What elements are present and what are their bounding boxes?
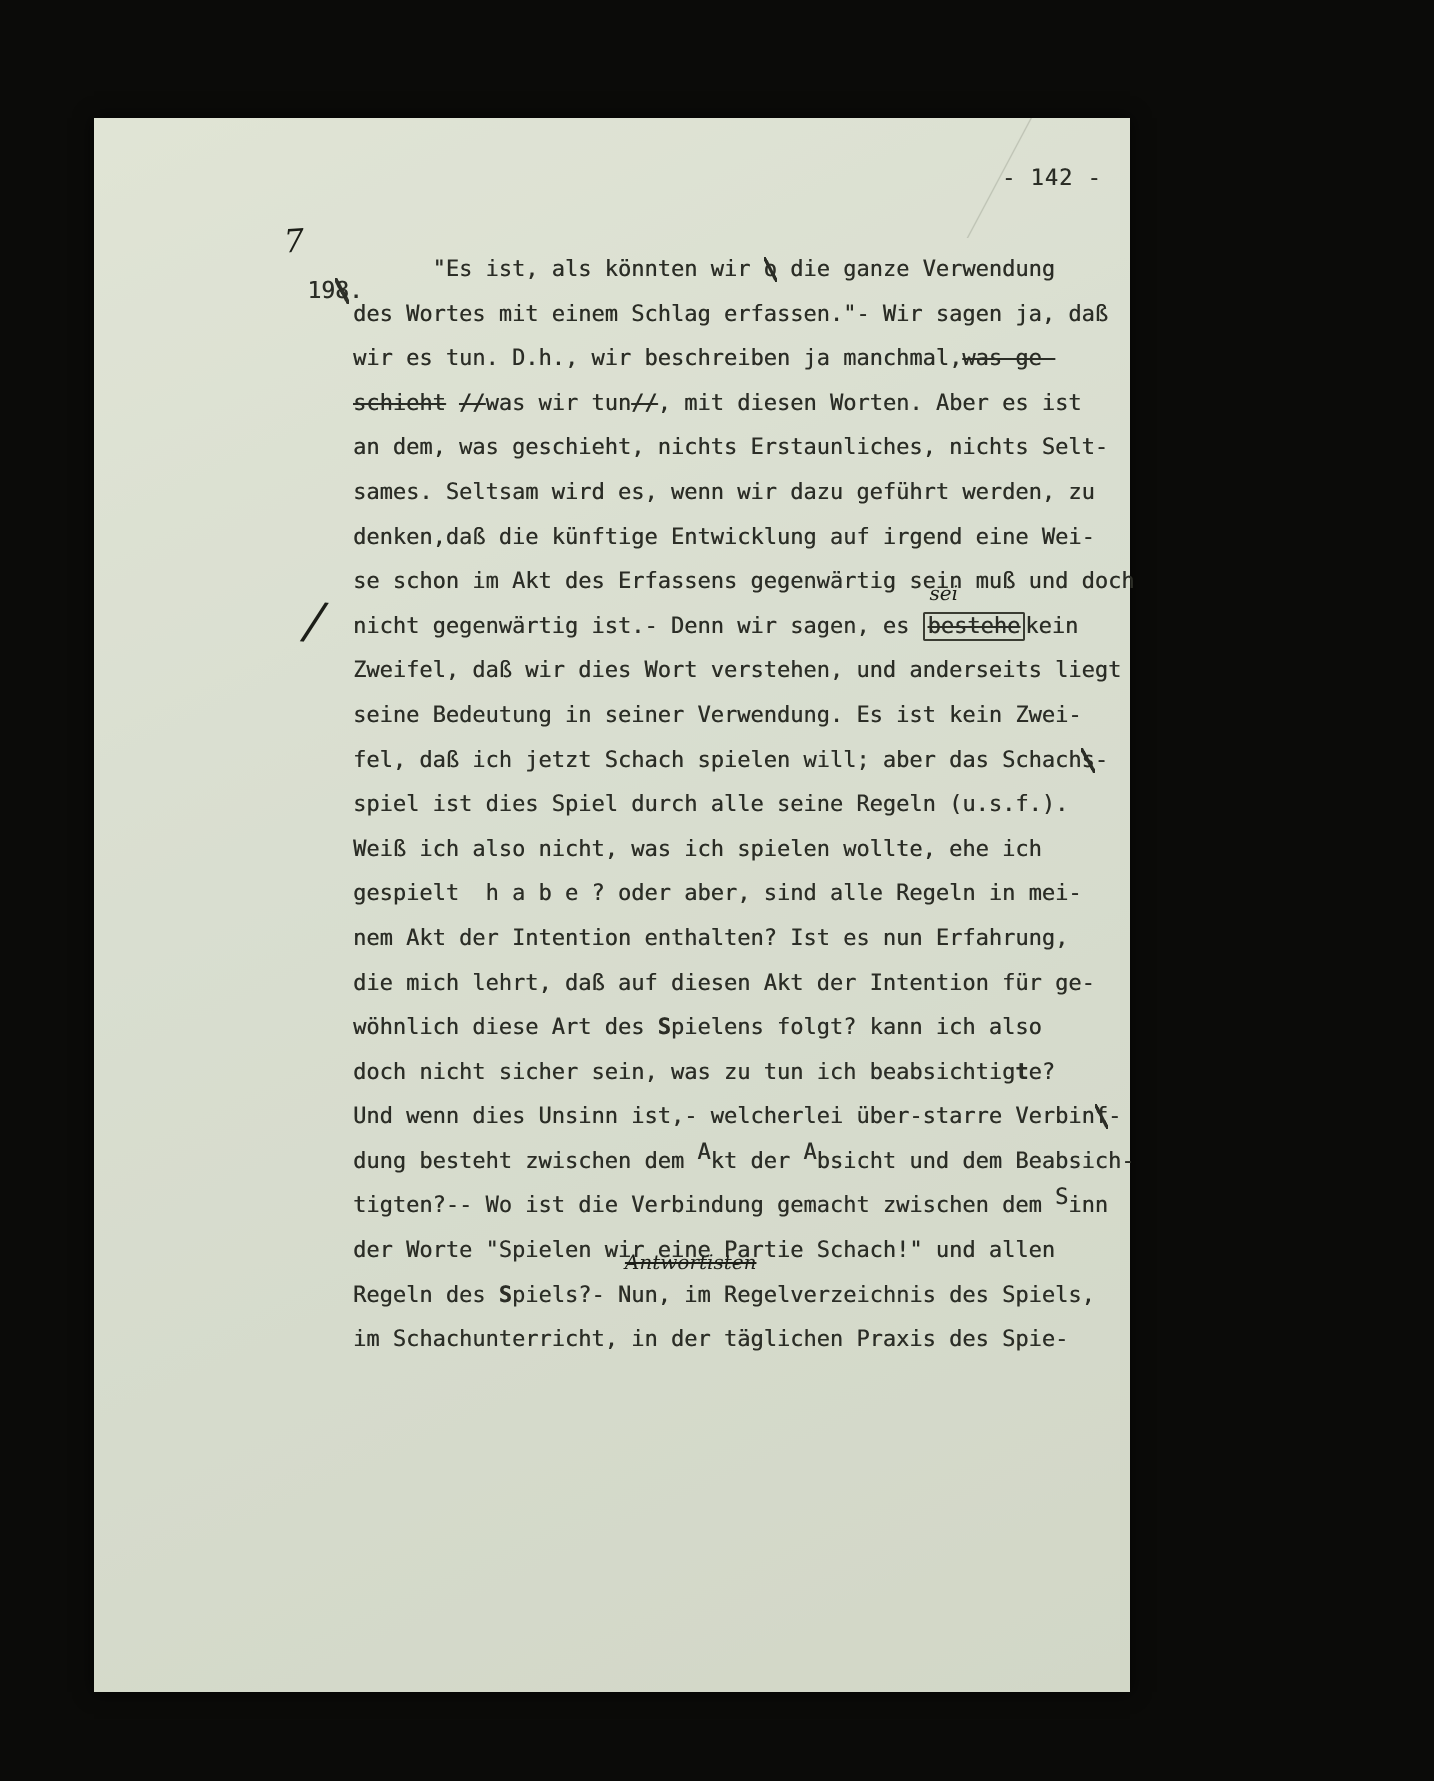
typed-text: was wir tun <box>485 391 631 416</box>
section-number: 7198. <box>252 252 363 330</box>
text-line: spiel ist dies Spiel durch alle seine Re… <box>353 783 1143 828</box>
text-line: die mich lehrt, daß auf diesen Akt der I… <box>353 962 1143 1007</box>
typed-text: Regeln des <box>353 1283 499 1308</box>
text-line: tigten?-- Wo ist die Verbindung gemacht … <box>353 1184 1143 1229</box>
typed-text: pielens folgt? kann ich also <box>671 1015 1042 1040</box>
typed-text: dung besteht zwischen dem <box>353 1149 697 1174</box>
handwritten-annotation: sei <box>930 583 959 603</box>
typed-text: se schon im Akt des Erfassens gegenwärti… <box>353 569 1134 594</box>
typed-text: seine Bedeutung in seiner Verwendung. Es… <box>353 703 1081 728</box>
text-line: Zweifel, daß wir dies Wort verstehen, un… <box>353 649 1143 694</box>
typed-text: tigten?-- Wo ist die Verbindung gemacht … <box>353 1193 1055 1218</box>
typed-text: nem Akt der Intention enthalten? Ist es … <box>353 926 1068 951</box>
typed-text: sames. Seltsam wird es, wenn wir dazu ge… <box>353 480 1095 505</box>
text-line: denken,daß die künftige Entwicklung auf … <box>353 516 1143 561</box>
text-line: Und wenn dies Unsinn ist,- welcherlei üb… <box>353 1095 1143 1140</box>
typed-text: s <box>1081 748 1094 773</box>
text-line: fel, daß ich jetzt Schach spielen will; … <box>353 739 1143 784</box>
typed-text: S <box>658 1015 671 1040</box>
typed-text: im Schachunterricht, in der täglichen Pr… <box>353 1327 1068 1352</box>
typed-text: wir es tun. D.h., wir beschreiben ja man… <box>353 346 962 371</box>
typed-text: // <box>459 391 486 416</box>
text-line: wir es tun. D.h., wir beschreiben ja man… <box>353 337 1143 382</box>
typed-text: t <box>1015 1060 1028 1085</box>
typed-text: f <box>1095 1104 1108 1129</box>
page-number: - 142 - <box>1002 166 1102 191</box>
section-struck-digit: 8 <box>335 278 349 304</box>
typed-text: A <box>697 1140 710 1165</box>
typed-text: // <box>631 391 658 416</box>
typed-text <box>446 391 459 416</box>
text-line: Regeln des Spiels?- AntwortistenNun, im … <box>353 1274 1143 1319</box>
text-line: wöhnlich diese Art des Spielens folgt? k… <box>353 1006 1143 1051</box>
text-line: nicht gegenwärtig ist.- Denn wir sagen, … <box>353 605 1143 650</box>
text-line: gespielt h a b e ? oder aber, sind alle … <box>353 872 1143 917</box>
typed-text: bestehe <box>923 612 1026 641</box>
typed-text: Nun, im Regelverzeichnis des Spiels, <box>618 1283 1095 1308</box>
text-line: doch nicht sicher sein, was zu tun ich b… <box>353 1051 1143 1096</box>
typed-text: spiel ist dies Spiel durch alle seine Re… <box>353 792 1068 817</box>
text-line: schieht //was wir tun//, mit diesen Wort… <box>353 382 1143 427</box>
typed-text: was ge- <box>962 346 1055 371</box>
typed-text: , mit diesen Worten. Aber es ist <box>658 391 1082 416</box>
typescript-body: "Es ist, als könnten wir o die ganze Ver… <box>353 248 1143 1363</box>
typed-text: S <box>1055 1185 1068 1210</box>
typed-text: - <box>1095 748 1108 773</box>
handwritten-annotation: Antwortisten <box>625 1252 757 1272</box>
typed-text: "Es ist, als könnten wir <box>353 257 764 282</box>
text-line: seine Bedeutung in seiner Verwendung. Es… <box>353 694 1143 739</box>
typed-text: kein <box>1025 614 1078 639</box>
handwritten-section-correction: 7 <box>283 221 306 260</box>
text-line: des Wortes mit einem Schlag erfassen."- … <box>353 293 1143 338</box>
typescript-page: - 142 - 7198. / "Es ist, als könnten wir… <box>94 118 1130 1692</box>
typed-text: fel, daß ich jetzt Schach spielen will; … <box>353 748 1081 773</box>
typed-text: Und wenn dies Unsinn ist,- welcherlei üb… <box>353 1104 1095 1129</box>
margin-mark: / <box>303 591 326 650</box>
text-line: an dem, was geschieht, nichts Erstaunlic… <box>353 426 1143 471</box>
typed-text: die mich lehrt, daß auf diesen Akt der I… <box>353 971 1095 996</box>
text-line: Weiß ich also nicht, was ich spielen wol… <box>353 828 1143 873</box>
typed-text: S <box>499 1283 512 1308</box>
typed-text: Weiß ich also nicht, was ich spielen wol… <box>353 837 1042 862</box>
text-line: sames. Seltsam wird es, wenn wir dazu ge… <box>353 471 1143 516</box>
text-line: "Es ist, als könnten wir o die ganze Ver… <box>353 248 1143 293</box>
section-number-prefix: 19 <box>307 278 335 304</box>
text-line: nem Akt der Intention enthalten? Ist es … <box>353 917 1143 962</box>
typed-text: des Wortes mit einem Schlag erfassen."- … <box>353 302 1108 327</box>
scan-background: { "page": { "number": "- 142 -" }, "sect… <box>0 0 1434 1781</box>
typed-text: kt der <box>711 1149 804 1174</box>
typed-text: A <box>803 1140 816 1165</box>
typed-text: denken,daß die künftige Entwicklung auf … <box>353 525 1095 550</box>
typed-text: inn <box>1068 1193 1108 1218</box>
typed-text: piels?- <box>512 1283 618 1308</box>
text-line: im Schachunterricht, in der täglichen Pr… <box>353 1318 1143 1363</box>
text-line: se schon im Akt des Erfassens gegenwärti… <box>353 560 1143 605</box>
typed-text: die ganze Verwendung <box>777 257 1055 282</box>
typed-text: doch nicht sicher sein, was zu tun ich b… <box>353 1060 1015 1085</box>
typed-text: nicht gegenwärtig ist.- Denn wir sagen, … <box>353 614 923 639</box>
typed-text: wöhnlich diese Art des <box>353 1015 658 1040</box>
typed-text: bsicht und dem Beabsich- <box>817 1149 1135 1174</box>
typed-text: Zweifel, daß wir dies Wort verstehen, un… <box>353 658 1121 683</box>
typed-text: an dem, was geschieht, nichts Erstaunlic… <box>353 435 1108 460</box>
typed-text: e? <box>1029 1060 1056 1085</box>
text-line: dung besteht zwischen dem Akt der Absich… <box>353 1140 1143 1185</box>
typed-text: - <box>1108 1104 1121 1129</box>
typed-text: schieht <box>353 391 446 416</box>
typed-text: gespielt h a b e ? oder aber, sind alle … <box>353 881 1081 906</box>
typed-text: o <box>764 257 777 282</box>
